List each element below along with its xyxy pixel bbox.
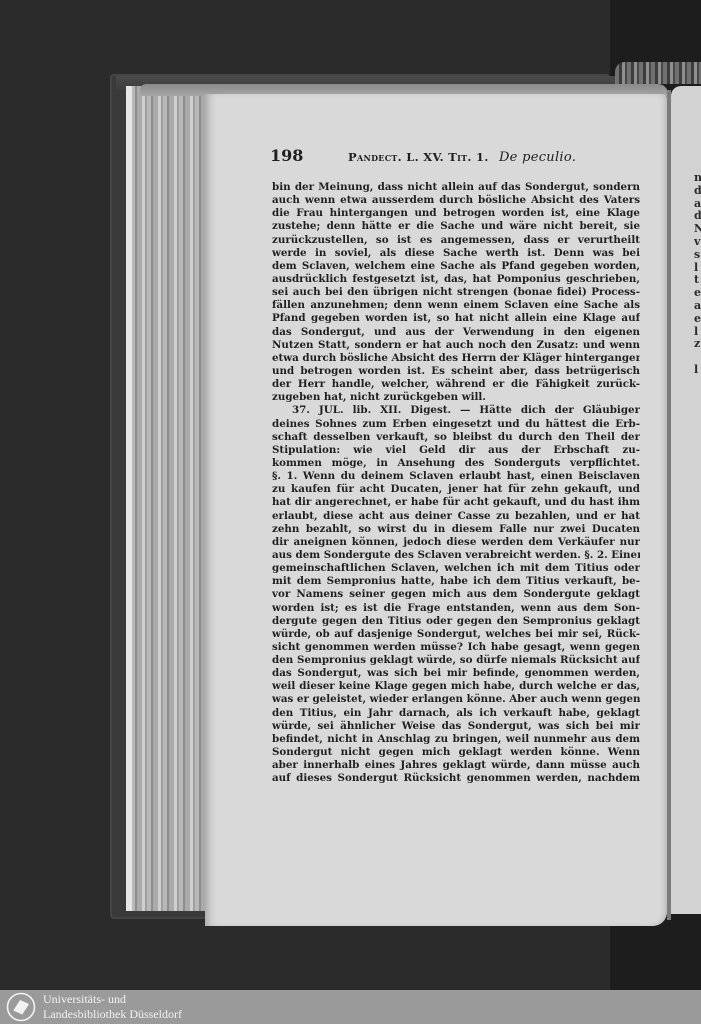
text-line: erlaubt, diese acht aus deiner Casse zu … [272,510,640,523]
text-line: das Sondergut, was sich bei mir befinde,… [272,667,640,680]
text-line: würde, ob auf dasjenige Sondergut, welch… [272,628,640,641]
right-page-letter: a [694,300,701,313]
text-line: was er geleistet, wieder erlangen könne.… [272,693,640,706]
text-line: den Sempronius geklagt würde, so dürfe n… [272,654,640,667]
right-page-letter: l [694,364,701,377]
library-name-line2: Landesbibliothek Düsseldorf [43,1007,182,1022]
text-line: bin der Meinung, dass nicht allein auf d… [272,181,640,194]
text-line: zustehe; denn hätte er die Sache und wär… [272,220,640,233]
text-line: befindet, nicht in Anschlag zu bringen, … [272,733,640,746]
text-line: dergute gegen den Titius oder gegen den … [272,615,640,628]
text-line: schaft desselben verkauft, so bleibst du… [272,431,640,444]
text-line: Pfand gegeben worden ist, so hat nicht a… [272,312,640,325]
text-line: kommen möge, in Ansehung des Sonderguts … [272,457,640,470]
running-head-title: Pandect. L. XV. Tit. 1. [348,150,489,164]
right-page-letter: e [694,313,701,326]
right-page-letter: z [694,338,701,351]
right-page-text-fragments: ndadNvslteaelzl [694,172,701,377]
text-line: fällen anzunehmen; denn wenn einem Sclav… [272,299,640,312]
text-line: dem Sclaven, welchem eine Sache als Pfan… [272,260,640,273]
body-text: bin der Meinung, dass nicht allein auf d… [272,181,640,785]
text-line: sicht genommen werden müsse? Ich habe ge… [272,641,640,654]
right-page-letter: v [694,236,701,249]
text-line: Sondergut nicht gegen mich geklagt werde… [272,746,640,759]
text-line: auch wenn etwa ausserdem durch bösliche … [272,194,640,207]
text-line: worden ist; es ist die Frage entstanden,… [272,602,640,615]
text-line: deines Sohnes zum Erben eingesetzt und d… [272,418,640,431]
text-line: und betrogen worden ist. Es scheint aber… [272,365,640,378]
text-line: zugeben hat, nicht zurückgeben will. [272,391,640,404]
text-line: gemeinschaftlichen Sclaven, welchen ich … [272,562,640,575]
text-line: der Herr handle, welcher, während er die… [272,378,640,391]
text-line: auf dieses Sondergut Rücksicht genommen … [272,772,640,785]
text-line: werde in soviel, als diese Sache werth i… [272,247,640,260]
text-line: würde, sei ähnlicher Weise das Sondergut… [272,720,640,733]
text-line: hat dir angerechnet, er habe für acht ge… [272,496,640,509]
text-line: vor Namens seiner gegen mich aus dem Son… [272,588,640,601]
right-page-letter: d [694,185,701,198]
text-line: aber innerhalb eines Jahres geklagt würd… [272,759,640,772]
text-line: 37. JUL. lib. XII. Digest. — Hätte dich … [272,404,640,417]
text-line: Nutzen Statt, sondern er hat auch noch d… [272,339,640,352]
text-line: weil dieser keine Klage gegen mich habe,… [272,680,640,693]
text-line: ausdrücklich festgesetzt ist, das, hat P… [272,273,640,286]
running-head: Pandect. L. XV. Tit. 1. De peculio. [348,150,576,165]
book-logo-icon [6,992,36,1022]
library-name-line1: Universitäts- und [43,992,182,1007]
text-line: §. 1. Wenn du deinem Sclaven erlaubt has… [272,470,640,483]
text-line: dir aneignen können, jedoch diese werden… [272,536,640,549]
text-line: etwa durch bösliche Absicht des Herrn de… [272,352,640,365]
right-page-letter: s [694,249,701,262]
text-line: das Sondergut, und aus der Verwendung in… [272,326,640,339]
running-head-subtitle: De peculio. [499,150,576,165]
text-line: sei auch bei den übrigen nicht strengen … [272,286,640,299]
text-line: aus dem Sondergute des Sclaven verabreic… [272,549,640,562]
library-footer: Universitäts- und Landesbibliothek Düsse… [0,990,701,1024]
book-headband [615,62,701,84]
text-line: die Frau hintergangen und betrogen worde… [272,207,640,220]
right-page-letter: n [694,172,701,185]
text-line: Stipulation: wie viel Geld dir aus der E… [272,444,640,457]
text-line: zurückzustellen, so ist es angemessen, d… [272,234,640,247]
text-line: mit dem Sempronius hatte, habe ich dem T… [272,575,640,588]
library-name: Universitäts- und Landesbibliothek Düsse… [43,992,182,1022]
page-header: 198 Pandect. L. XV. Tit. 1. De peculio. [270,146,650,168]
text-line: den Titius, ein Jahr darnach, als ich ve… [272,707,640,720]
text-line: zu kaufen für acht Ducaten, jener hat fü… [272,483,640,496]
page-stack-edges [126,86,206,911]
text-line: zehn bezahlt, so wirst du in diesem Fall… [272,523,640,536]
page-number: 198 [270,146,303,165]
